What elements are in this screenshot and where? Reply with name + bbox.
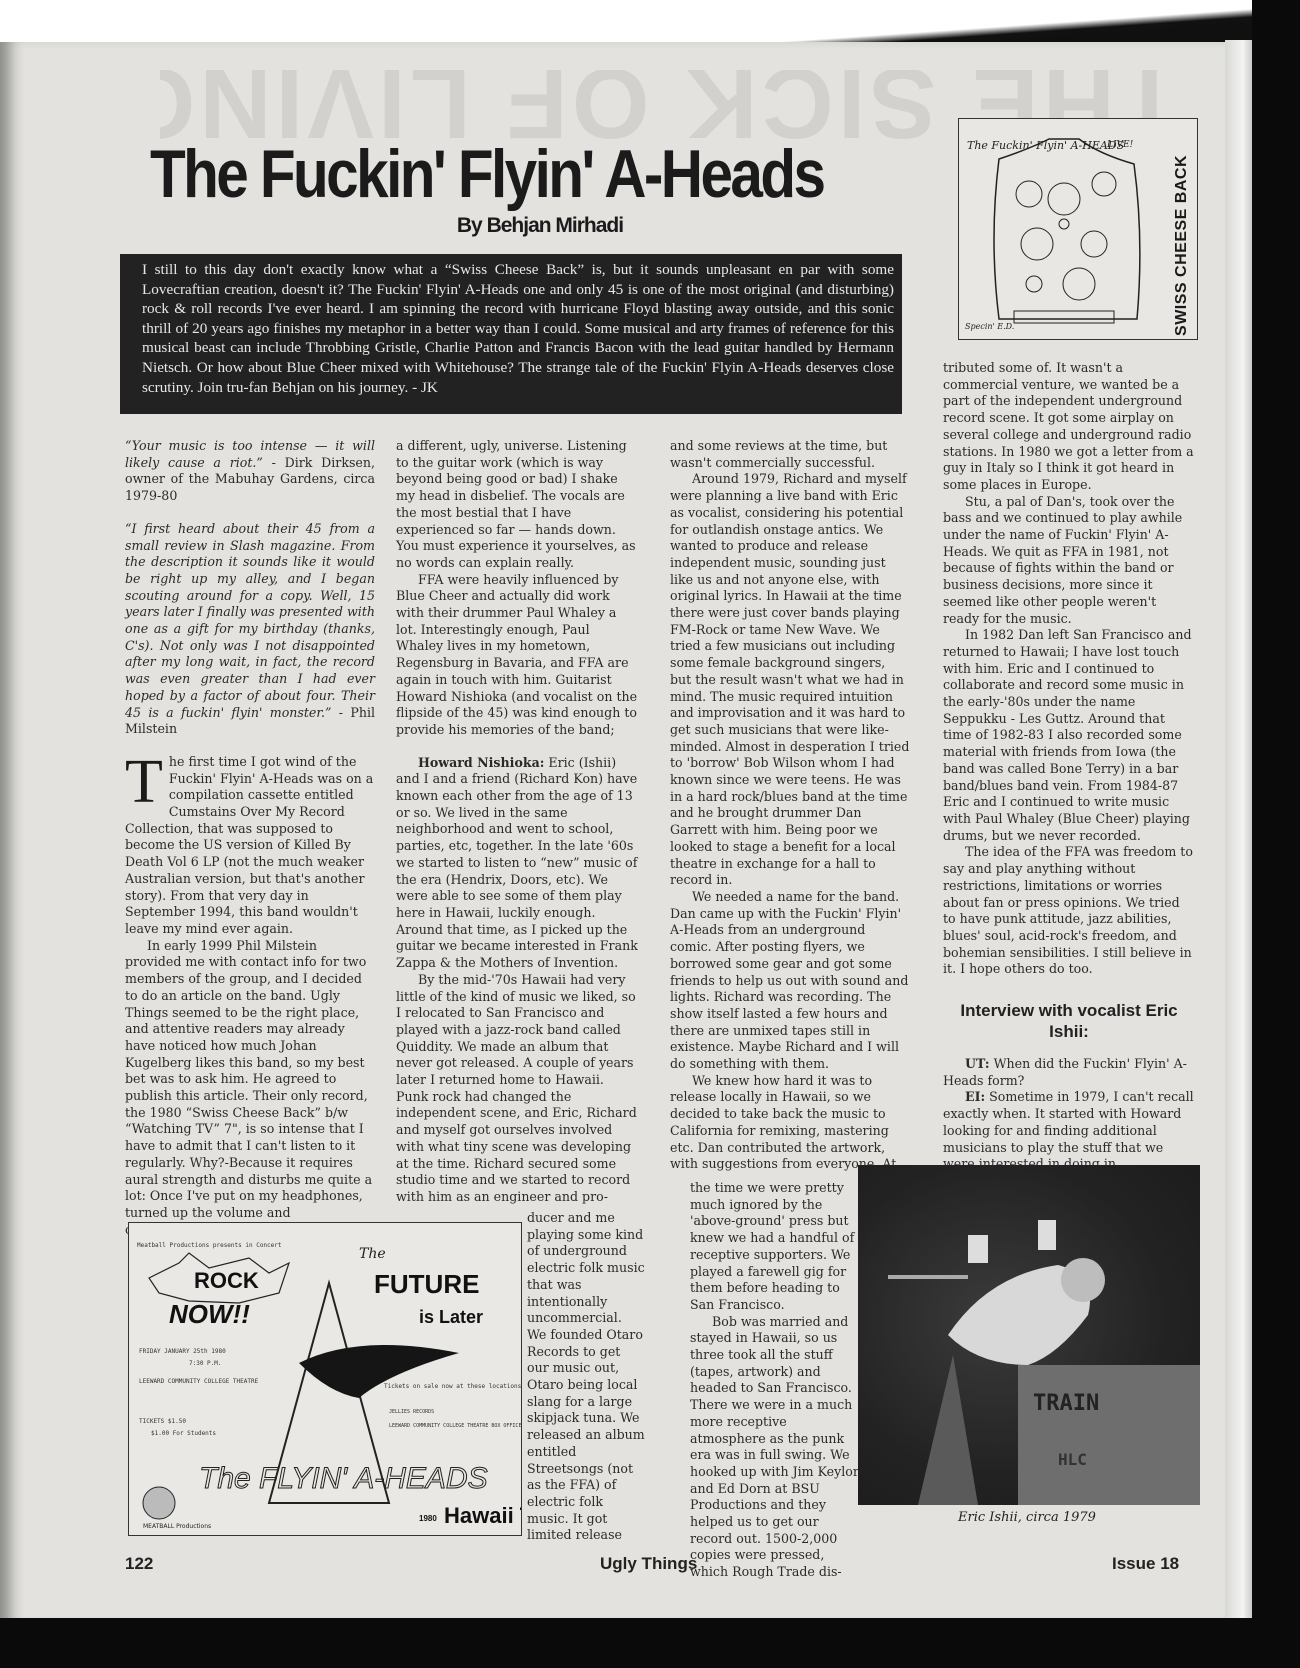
svg-text:is Later: is Later — [419, 1307, 483, 1327]
column-3-narrow: the time we were pretty much ignored by … — [690, 1180, 860, 1581]
body-paragraph: The idea of the FFA was freedom to say a… — [943, 844, 1195, 978]
pull-quote-2: “I first heard about their 45 from a sma… — [125, 521, 375, 738]
body-paragraph: The first time I got wind of the Fuckin'… — [125, 754, 375, 938]
body-paragraph: Around 1979, Richard and myself were pla… — [670, 471, 910, 889]
column-2-narrow: ducer and me playing some kind of underg… — [527, 1210, 645, 1544]
body-paragraph: In early 1999 Phil Milstein provided me … — [125, 938, 375, 1239]
svg-text:The Fuckin' Flyin' A-HEADS: The Fuckin' Flyin' A-HEADS — [967, 139, 1125, 152]
interview-answer: EI: Sometime in 1979, I can't recall exa… — [943, 1089, 1195, 1173]
performer-photo-icon: TRAIN HLC — [858, 1165, 1200, 1505]
interview-paragraph: Howard Nishioka: Eric (Ishii) and I and … — [396, 755, 640, 972]
magazine-name: Ugly Things — [600, 1554, 697, 1574]
column-4: tributed some of. It wasn't a commercial… — [943, 360, 1195, 1173]
concert-flyer: Meatball Productions presents in Concert… — [128, 1222, 522, 1536]
issue-label: Issue 18 — [1112, 1554, 1212, 1574]
svg-text:LIVE!: LIVE! — [1106, 140, 1134, 150]
svg-text:MEATBALL Productions: MEATBALL Productions — [143, 1523, 211, 1530]
drop-cap: T — [125, 757, 163, 807]
intro-text: I still to this day don't exactly know w… — [142, 261, 894, 396]
svg-text:FUTURE: FUTURE — [374, 1269, 479, 1299]
article-byline: By Behjan Mirhadi — [440, 214, 640, 238]
body-paragraph: By the mid-'70s Hawaii had very little o… — [396, 972, 640, 1206]
speaker-name: Howard Nishioka: — [418, 755, 544, 770]
svg-text:LEEWARD COMMUNITY COLLEGE THEA: LEEWARD COMMUNITY COLLEGE THEATRE — [139, 1378, 259, 1385]
svg-text:7:30 P.M.: 7:30 P.M. — [189, 1360, 222, 1367]
body-paragraph: Stu, a pal of Dan's, took over the bass … — [943, 494, 1195, 628]
svg-text:LEEWARD COMMUNITY COLLEGE THEA: LEEWARD COMMUNITY COLLEGE THEATRE BOX OF… — [389, 1423, 521, 1429]
svg-text:1980: 1980 — [419, 1514, 437, 1523]
interview-question: UT: When did the Fuckin' Flyin' A-Heads … — [943, 1056, 1195, 1089]
eric-ishii-photo: TRAIN HLC — [858, 1165, 1200, 1505]
body-paragraph: tributed some of. It wasn't a commercial… — [943, 360, 1195, 494]
svg-text:TRAIN: TRAIN — [1033, 1391, 1099, 1416]
body-paragraph: and some reviews at the time, but wasn't… — [670, 438, 910, 471]
page-edge — [1225, 40, 1255, 1620]
svg-text:FRIDAY JANUARY 25th 1980: FRIDAY JANUARY 25th 1980 — [139, 1348, 226, 1355]
column-1: “Your music is too intense — it will lik… — [125, 438, 375, 1238]
body-paragraph: In 1982 Dan left San Francisco and retur… — [943, 627, 1195, 844]
svg-text:ROCK: ROCK — [194, 1268, 259, 1293]
svg-text:The: The — [359, 1246, 386, 1262]
body-paragraph: FFA were heavily influenced by Blue Chee… — [396, 572, 640, 739]
svg-text:Hawaii TOUR: Hawaii TOUR — [444, 1503, 521, 1528]
flyer-artwork-icon: Meatball Productions presents in Concert… — [129, 1223, 521, 1535]
scan-background-right — [1252, 0, 1300, 1668]
torso-drawing-icon: The Fuckin' Flyin' A-HEADS LIVE! Specin'… — [959, 119, 1159, 337]
article-title: The Fuckin' Flyin' A-Heads — [150, 140, 804, 208]
intro-box: I still to this day don't exactly know w… — [120, 254, 902, 414]
svg-text:$1.00 For Students: $1.00 For Students — [151, 1430, 216, 1437]
svg-text:Specin' E.D.: Specin' E.D. — [965, 322, 1014, 331]
body-paragraph: a different, ugly, universe. Listening t… — [396, 438, 640, 572]
svg-text:NOW!!: NOW!! — [169, 1299, 250, 1329]
scan-background-bottom — [0, 1618, 1300, 1668]
swiss-cheese-back-illustration: The Fuckin' Flyin' A-HEADS LIVE! Specin'… — [958, 118, 1198, 340]
page-number: 122 — [125, 1554, 153, 1574]
svg-text:HLC: HLC — [1058, 1450, 1087, 1469]
column-3: and some reviews at the time, but wasn't… — [670, 438, 910, 1173]
photo-caption: Eric Ishii, circa 1979 — [958, 1510, 1096, 1525]
svg-text:Meatball Productions presents: Meatball Productions presents in Concert — [137, 1242, 282, 1249]
svg-text:TICKETS $1.50: TICKETS $1.50 — [139, 1418, 186, 1425]
svg-text:JELLIES RECORDS: JELLIES RECORDS — [389, 1409, 434, 1415]
pull-quote-1: “Your music is too intense — it will lik… — [125, 438, 375, 505]
body-paragraph: We needed a name for the band. Dan came … — [670, 889, 910, 1073]
interview-heading: Interview with vocalist Eric Ishii: — [943, 1000, 1195, 1042]
body-paragraph: We knew how hard it was to release local… — [670, 1073, 910, 1173]
svg-text:The FLYIN' A-HEADS: The FLYIN' A-HEADS — [199, 1462, 488, 1495]
illustration-side-label: SWISS CHEESE BACK — [1173, 155, 1191, 336]
svg-text:Tickets on sale now at these l: Tickets on sale now at these locations — [384, 1383, 521, 1390]
column-2: a different, ugly, universe. Listening t… — [396, 438, 640, 1206]
